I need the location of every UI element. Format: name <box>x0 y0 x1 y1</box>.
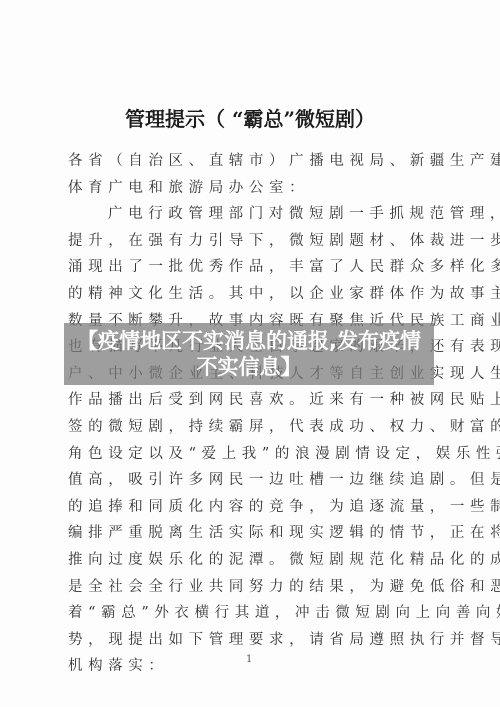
document-title: 管理提示（ “霸总”微短剧） <box>0 106 500 132</box>
body-line: 编排严重脱离生活实际和现实逻辑的情节，正在将此类微短剧 <box>68 520 434 547</box>
body-line: 各省（自治区、直辖市）广播电视局、新疆生产建设兵团文化 <box>68 148 434 175</box>
body-line: 推向过度娱乐化的泥潭。微短剧规范化精品化的成果来之不易， <box>68 547 434 574</box>
document-page: 管理提示（ “霸总”微短剧） 各省（自治区、直辖市）广播电视局、新疆生产建设兵团… <box>0 0 500 707</box>
headline-overlay-text: 【疫情地区不实消息的通报,发布疫情不实信息】 <box>68 328 430 380</box>
headline-overlay-band: 【疫情地区不实消息的通报,发布疫情不实信息】 <box>64 323 434 385</box>
body-line: 着“霸总”外衣横行其道，冲击微短剧向上向善向好的发展态 <box>68 600 434 627</box>
body-line: 作品播出后受到网民喜欢。近来有一种被网民贴上“霸总”标 <box>68 387 434 414</box>
body-line: 提升，在强有力引导下，微短剧题材、体裁进一步丰富和创新， <box>68 228 434 255</box>
body-line: 是全社会全行业共同努力的结果，为避免低俗和恶趣味内容披 <box>68 574 434 601</box>
body-line: 的追捧和同质化内容的竞争，为追逐流量，一些制作机构争相 <box>68 494 434 521</box>
page-number: 1 <box>246 654 252 665</box>
body-line: 广电行政管理部门对微短剧一手抓规范管理，一手抓创作 <box>68 201 434 228</box>
body-line: 角色设定以及“爱上我”的浪漫剧情设定，娱乐性强，情绪价 <box>68 441 434 468</box>
document-body: 各省（自治区、直辖市）广播电视局、新疆生产建设兵团文化 体育广电和旅游局办公室：… <box>68 148 434 680</box>
body-line: 势，现提出如下管理要求，请省局遵照执行并督导辖区平台和 <box>68 627 434 654</box>
body-line: 涌现出了一批优秀作品，丰富了人民群众多样化多层次多方面 <box>68 254 434 281</box>
body-line: 签的微短剧，持续霸屏，代表成功、权力、财富的“霸道总裁” <box>68 414 434 441</box>
body-line: 体育广电和旅游局办公室： <box>68 175 434 202</box>
body-line: 值高，吸引许多网民一边吐槽一边继续追剧。但是，由于市场 <box>68 467 434 494</box>
body-line: 的精神文化生活。其中，以企业家群体作为故事主角的微短剧 <box>68 281 434 308</box>
